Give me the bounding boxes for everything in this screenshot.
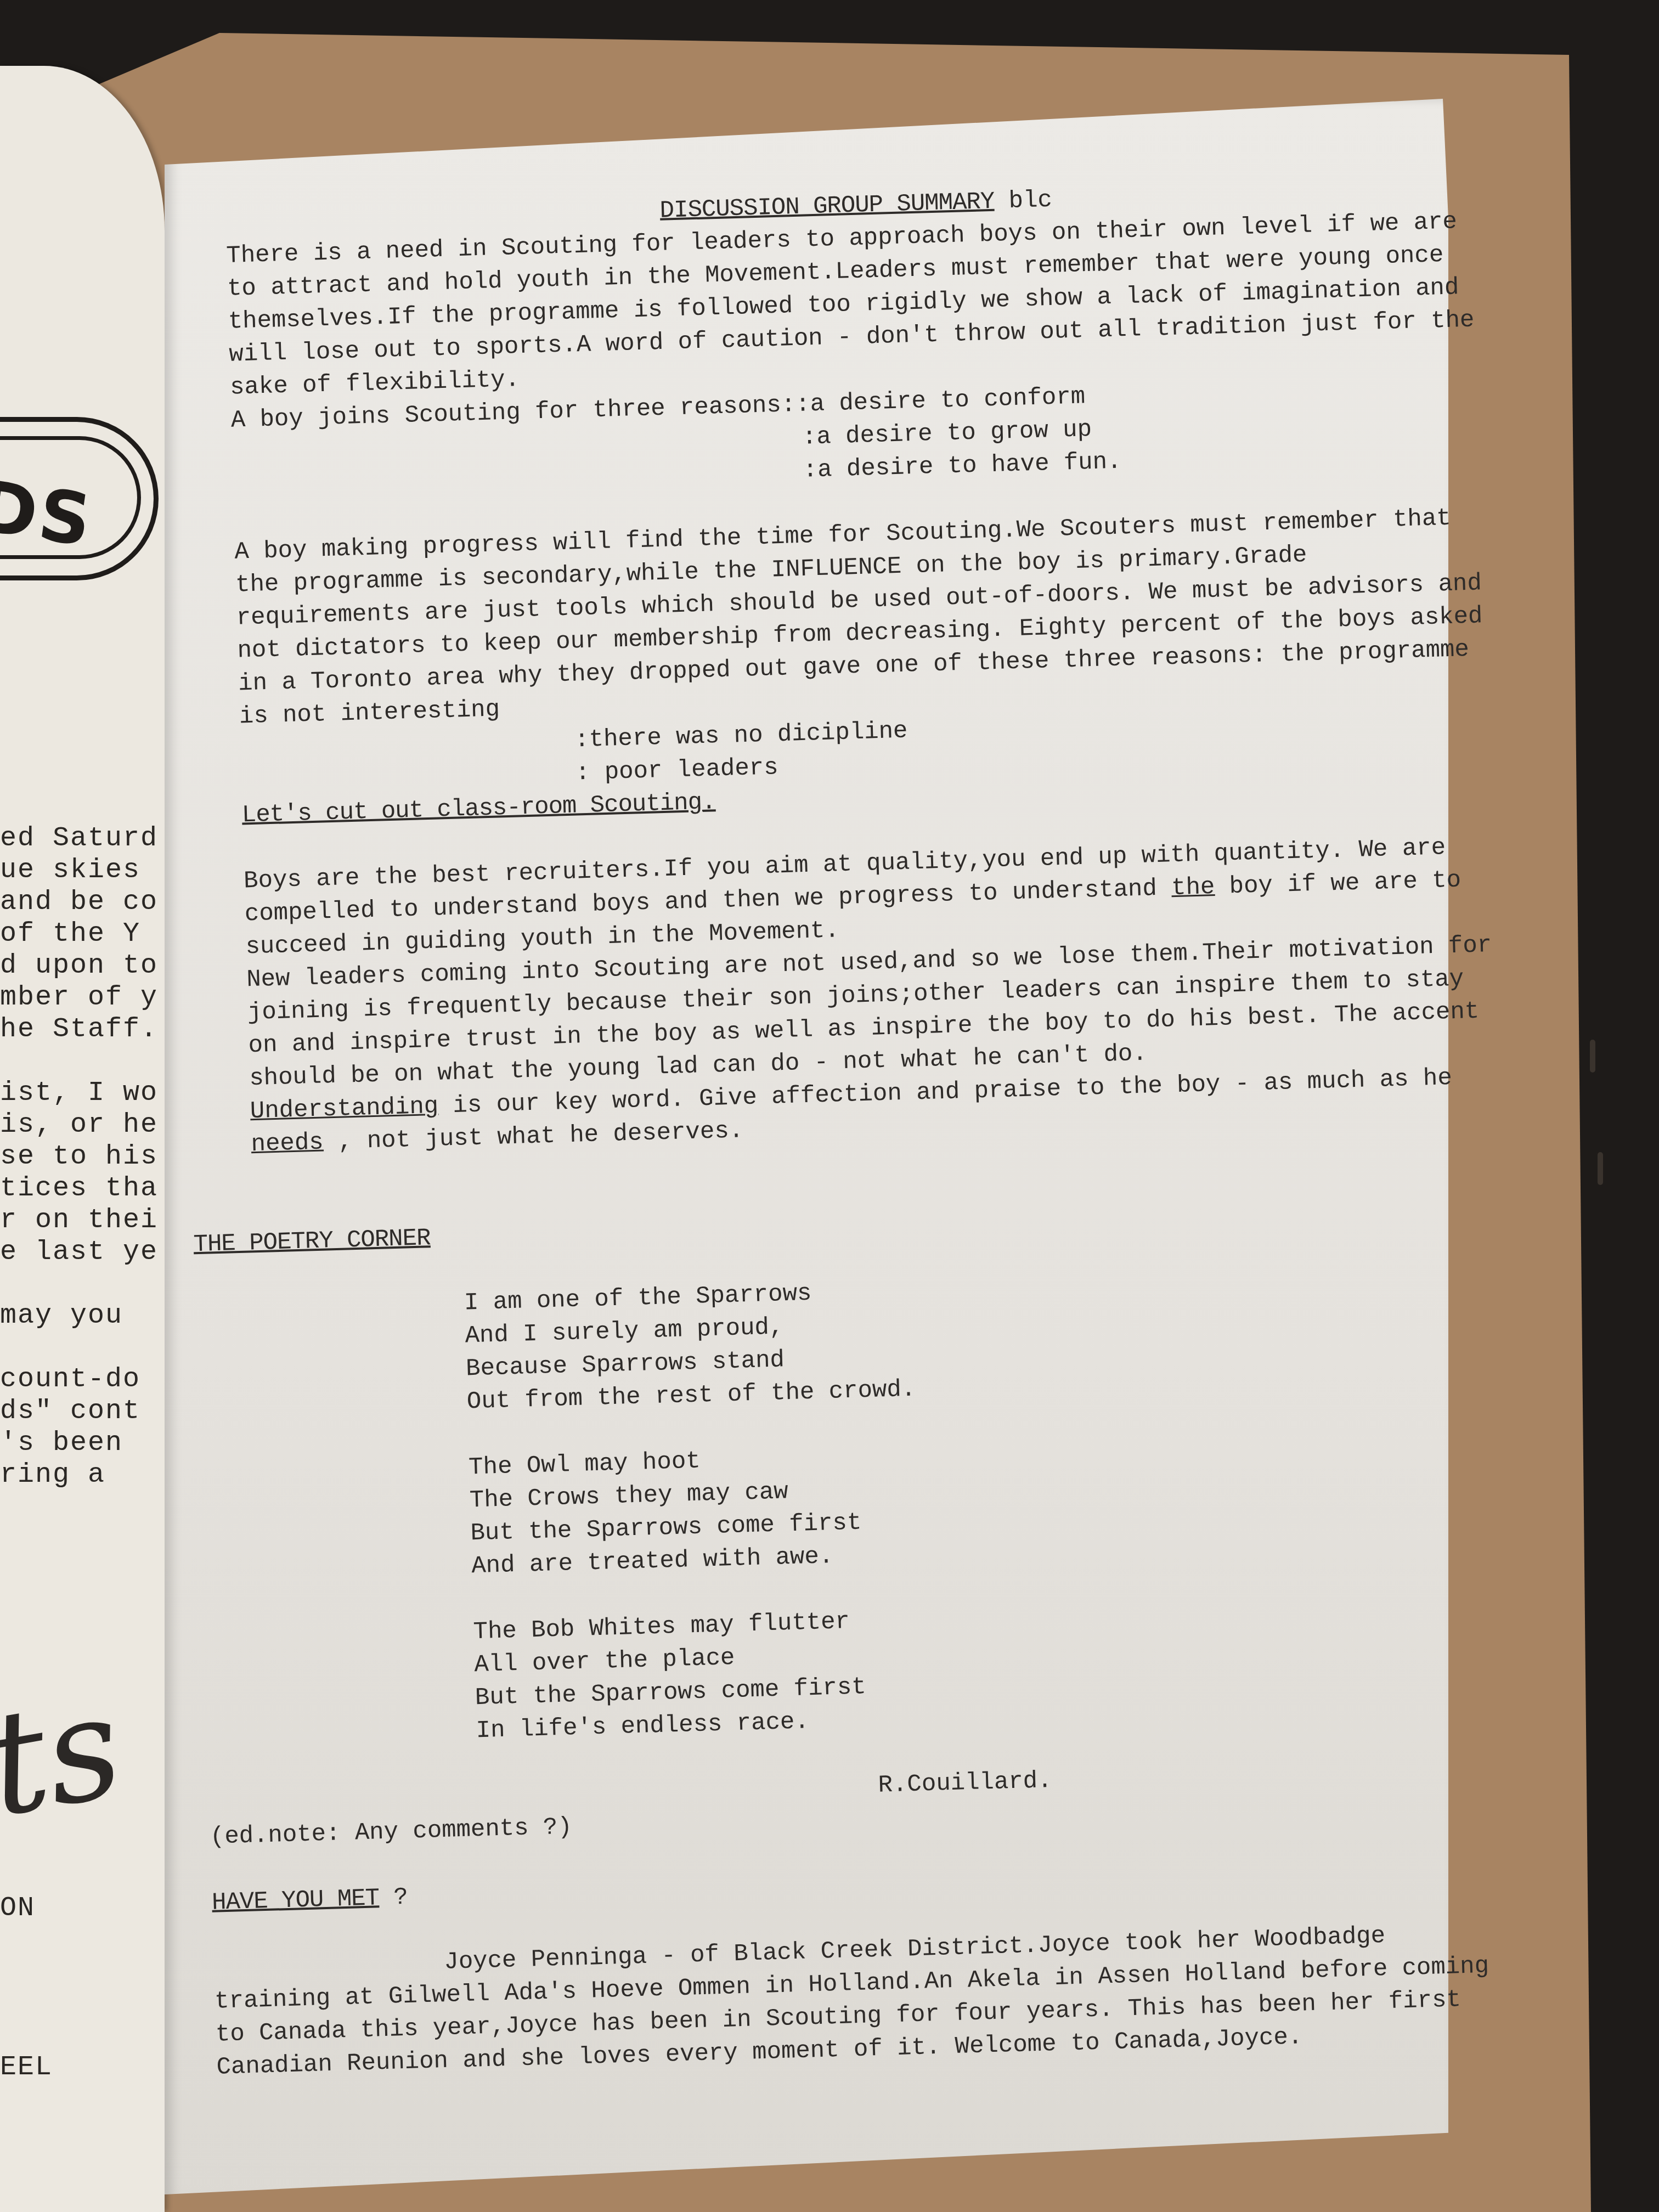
- poem-stanza: The Bob Whites may flutterAll over the p…: [473, 1587, 1524, 1747]
- left-fragment: ring a: [0, 1459, 105, 1491]
- reason-item: :a desire to conform: [795, 383, 1086, 419]
- left-fragment: r on thei: [0, 1205, 158, 1236]
- left-fragment: se to his: [0, 1141, 158, 1172]
- left-fragment: he Staff.: [0, 1014, 158, 1045]
- heading-suffix: ?: [379, 1884, 408, 1912]
- left-fragment: tices tha: [0, 1173, 158, 1204]
- handwritten-signature: ts: [0, 1663, 133, 1849]
- left-fragment: ue skies: [0, 855, 140, 886]
- emphasis: Understanding: [250, 1093, 439, 1126]
- left-fragment: ed Saturd: [0, 823, 158, 854]
- left-fragment: count-do: [0, 1364, 140, 1395]
- logo-text: DS: [0, 464, 98, 563]
- left-fragment: may you: [0, 1300, 123, 1331]
- left-fragment: is, or he: [0, 1109, 158, 1141]
- pen-mark: [1598, 1152, 1603, 1185]
- page-content: DISCUSSION GROUP SUMMARY blc There is a …: [165, 172, 1533, 2084]
- left-fragment: ds" cont: [0, 1396, 140, 1427]
- left-fragment: e last ye: [0, 1237, 158, 1268]
- author-initials: blc: [1008, 187, 1053, 215]
- left-fragment: ON: [0, 1893, 35, 1924]
- paragraph-text: A boy making progress will find the time…: [234, 505, 1483, 698]
- left-fragment: EEL: [0, 2052, 53, 2083]
- left-fragment: ist, I wo: [0, 1077, 158, 1109]
- poem: I am one of the SparrowsAnd I surely am …: [195, 1257, 1524, 1755]
- left-fragment: mber of y: [0, 982, 158, 1013]
- have-you-met-heading: HAVE YOU MET: [212, 1884, 380, 1916]
- left-fragment: d upon to: [0, 950, 158, 981]
- poetry-heading: THE POETRY CORNER: [193, 1224, 431, 1259]
- emphasis: the: [1171, 873, 1215, 902]
- paragraph: A boy making progress will find the time…: [174, 501, 1496, 735]
- emphasis: needs: [251, 1129, 324, 1159]
- pen-mark: [1590, 1040, 1595, 1073]
- poem-stanza: The Owl may hootThe Crows they may cawBu…: [468, 1422, 1519, 1583]
- left-fragment: of the Y: [0, 918, 140, 950]
- left-fragment: and be co: [0, 887, 158, 918]
- left-fragment: 's been: [0, 1427, 123, 1459]
- left-facing-page: DS ed Saturdue skiesand be co of the Yd …: [0, 66, 165, 2212]
